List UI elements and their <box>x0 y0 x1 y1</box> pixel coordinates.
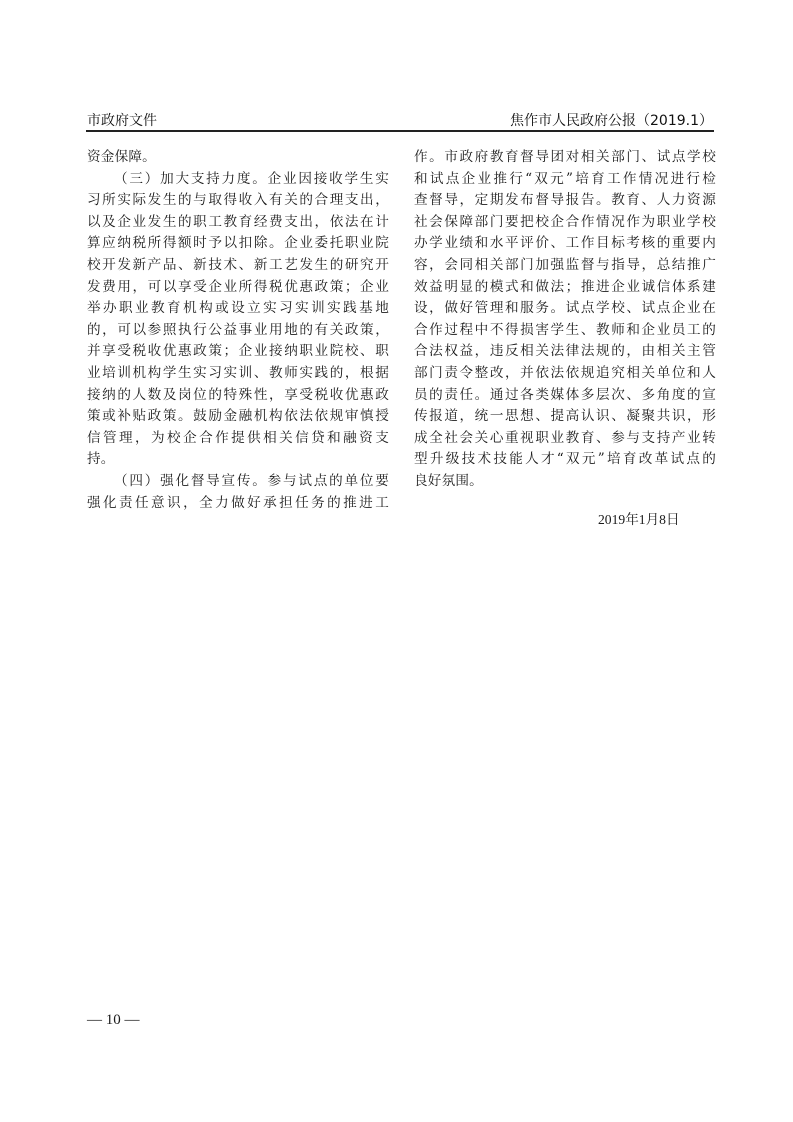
text-line: 算应纳税所得额时予以扣除。企业委托职业院 <box>87 233 389 255</box>
text-line: 员的责任。通过各类媒体多层次、多角度的宣 <box>414 385 716 407</box>
header-publication-title: 焦作市人民政府公报（2019.1） <box>510 110 713 130</box>
text-line: 查督导，定期发布督导报告。教育、人力资源 <box>414 190 716 212</box>
text-line: 强化责任意识，全力做好承担任务的推进工 <box>87 493 389 515</box>
text-line: 作。市政府教育督导团对相关部门、试点学校 <box>414 147 716 169</box>
right-column: 作。市政府教育督导团对相关部门、试点学校和试点企业推行“双元”培育工作情况进行检… <box>414 147 716 493</box>
text-line: 发费用，可以享受企业所得税优惠政策；企业 <box>87 277 389 299</box>
document-date: 2019年1月8日 <box>598 508 680 528</box>
text-line: 业培训机构学生实习实训、教师实践的，根据 <box>87 363 389 385</box>
text-line: （四）强化督导宣传。参与试点的单位要 <box>87 471 389 493</box>
text-line: （三）加大支持力度。企业因接收学生实 <box>87 169 389 191</box>
text-line: 效益明显的模式和做法；推进企业诚信体系建 <box>414 277 716 299</box>
running-header: 市政府文件 焦作市人民政府公报（2019.1） <box>87 108 713 130</box>
text-line: 举办职业教育机构或设立实习实训实践基地 <box>87 298 389 320</box>
text-line: 策或补贴政策。鼓励金融机构依法依规审慎授 <box>87 406 389 428</box>
header-rule <box>86 130 714 132</box>
text-line: 合法权益，违反相关法律法规的，由相关主管 <box>414 341 716 363</box>
text-line: 社会保障部门要把校企合作情况作为职业学校 <box>414 212 716 234</box>
text-line: 成全社会关心重视职业教育、参与支持产业转 <box>414 428 716 450</box>
text-line: 并享受税收优惠政策；企业接纳职业院校、职 <box>87 341 389 363</box>
text-line: 合作过程中不得损害学生、教师和企业员工的 <box>414 320 716 342</box>
text-line: 容，会同相关部门加强监督与指导，总结推广 <box>414 255 716 277</box>
text-line: 设，做好管理和服务。试点学校、试点企业在 <box>414 298 716 320</box>
text-line: 部门责令整改，并依法依规追究相关单位和人 <box>414 363 716 385</box>
text-line: 资金保障。 <box>87 147 389 169</box>
text-line: 和试点企业推行“双元”培育工作情况进行检 <box>414 169 716 191</box>
text-line: 以及企业发生的职工教育经费支出，依法在计 <box>87 212 389 234</box>
text-line: 良好氛围。 <box>414 471 716 493</box>
text-line: 信管理，为校企合作提供相关信贷和融资支 <box>87 428 389 450</box>
text-line: 习所实际发生的与取得收入有关的合理支出， <box>87 190 389 212</box>
page-number: — 10 — <box>87 1012 140 1029</box>
text-line: 校开发新产品、新技术、新工艺发生的研究开 <box>87 255 389 277</box>
text-line: 传报道，统一思想、提高认识、凝聚共识，形 <box>414 406 716 428</box>
text-line: 接纳的人数及岗位的特殊性，享受税收优惠政 <box>87 385 389 407</box>
header-section-title: 市政府文件 <box>87 110 157 130</box>
text-line: 的，可以参照执行公益事业用地的有关政策， <box>87 320 389 342</box>
text-line: 办学业绩和水平评价、工作目标考核的重要内 <box>414 233 716 255</box>
text-line: 持。 <box>87 449 389 471</box>
left-column: 资金保障。（三）加大支持力度。企业因接收学生实习所实际发生的与取得收入有关的合理… <box>87 147 389 514</box>
text-line: 型升级技术技能人才“双元”培育改革试点的 <box>414 449 716 471</box>
